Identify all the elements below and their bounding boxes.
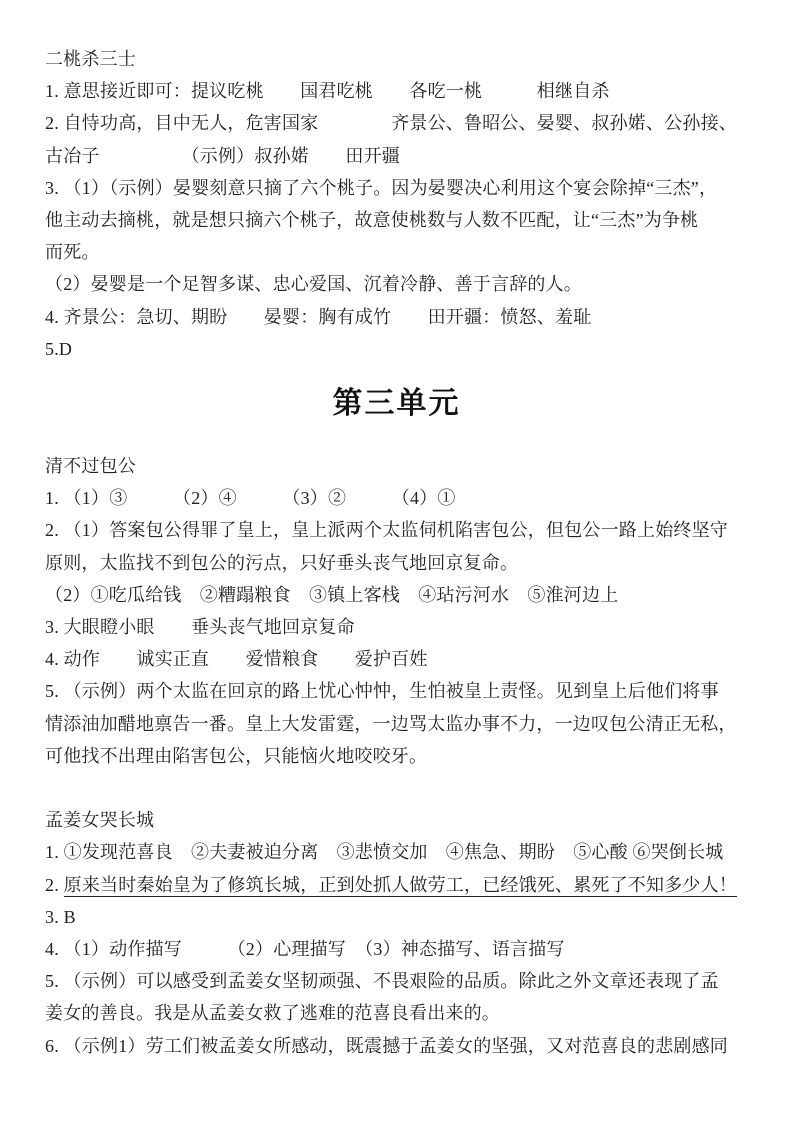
text-line: 3. B: [45, 901, 748, 933]
text-line: 姜女的善良。我是从孟姜女救了逃难的范喜良看出来的。: [45, 997, 748, 1029]
text-line: 可他找不出理由陷害包公，只能恼火地咬咬牙。: [45, 740, 748, 772]
blank-line: [45, 772, 748, 804]
text-line: 3. 大眼瞪小眼 垂头丧气地回京复命: [45, 611, 748, 643]
text-line: 他主动去摘桃，就是想只摘六个桃子，故意使桃数与人数不匹配，让“三杰”为争桃: [45, 204, 748, 236]
section-title: 清不过包公: [45, 450, 748, 482]
text-line: 4. （1）动作描写 （2）心理描写 （3）神态描写、语言描写: [45, 933, 748, 965]
document-page: 二桃杀三士1. 意思接近即可：提议吃桃 国君吃桃 各吃一桃 相继自杀2. 自恃功…: [0, 0, 793, 1122]
text-line: 而死。: [45, 236, 748, 268]
text-line: 5. （示例）可以感受到孟姜女坚韧顽强、不畏艰险的品质。除此之外文章还表现了孟: [45, 965, 748, 997]
text-line: （2）①吃瓜给钱 ②糟蹋粮食 ③镇上客栈 ④玷污河水 ⑤淮河边上: [45, 579, 748, 611]
section-title: 孟姜女哭长城: [45, 804, 748, 836]
answer-number: 2.: [45, 875, 64, 895]
underlined-answer: 原来当时秦始皇为了修筑长城，正到处抓人做劳工，已经饿死、累死了不知多少人！: [64, 875, 737, 897]
section-title: 二桃杀三士: [45, 43, 748, 75]
text-line: 3. （1）（示例）晏婴刻意只摘了六个桃子。因为晏婴决心利用这个宴会除掉“三杰”…: [45, 172, 748, 204]
text-line: 古冶子 （示例）叔孙婼 田开疆: [45, 140, 748, 172]
text-line: 1. ①发现范喜良 ②夫妻被迫分离 ③悲愤交加 ④焦急、期盼 ⑤心酸 ⑥哭倒长城: [45, 836, 748, 868]
text-line: 4. 齐景公：急切、期盼 晏婴：胸有成竹 田开疆：愤怒、羞耻: [45, 301, 748, 333]
text-line: 1. 意思接近即可：提议吃桃 国君吃桃 各吃一桃 相继自杀: [45, 75, 748, 107]
text-line: 1. （1）③ （2）④ （3）② （4）①: [45, 482, 748, 514]
text-line: 5.D: [45, 333, 748, 365]
text-line: （2）晏婴是一个足智多谋、忠心爱国、沉着冷静、善于言辞的人。: [45, 268, 748, 300]
text-line: 情添油加醋地禀告一番。皇上大发雷霆，一边骂太监办事不力，一边叹包公清正无私，: [45, 708, 748, 740]
text-line: 5. （示例）两个太监在回京的路上忧心忡忡，生怕被皇上责怪。见到皇上后他们将事: [45, 675, 748, 707]
text-line: 2. 自恃功高，目中无人，危害国家 齐景公、鲁昭公、晏婴、叔孙婼、公孙接、: [45, 107, 748, 139]
text-line: 4. 动作 诚实正直 爱惜粮食 爱护百姓: [45, 643, 748, 675]
text-line: 6. （示例1）劳工们被孟姜女所感动，既震撼于孟姜女的坚强，又对范喜良的悲剧感同: [45, 1030, 748, 1062]
text-line: 2. （1）答案包公得罪了皇上，皇上派两个太监伺机陷害包公，但包公一路上始终坚守: [45, 514, 748, 546]
text-line: 原则，太监找不到包公的污点，只好垂头丧气地回京复命。: [45, 547, 748, 579]
text-line: 2. 原来当时秦始皇为了修筑长城，正到处抓人做劳工，已经饿死、累死了不知多少人！: [45, 869, 748, 901]
unit-heading: 第三单元: [45, 382, 748, 426]
